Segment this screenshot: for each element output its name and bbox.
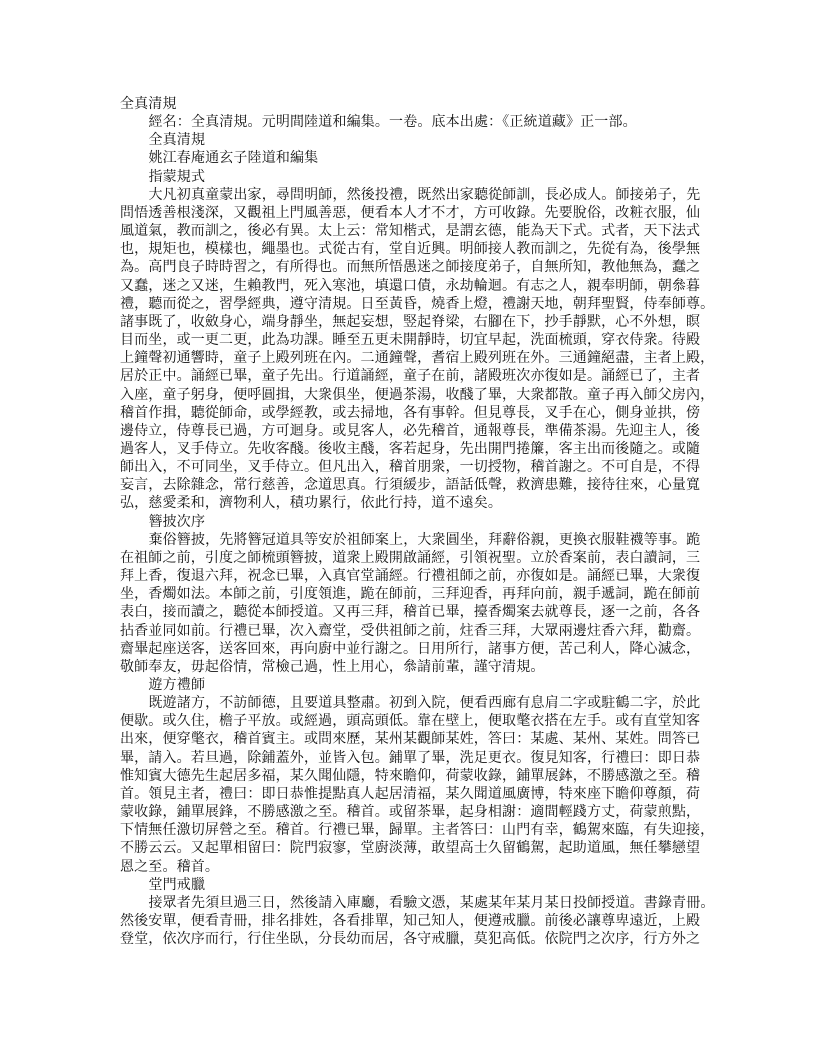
document-meta: 經名：全真清規。元明間陸道和編集。一卷。底本出處：《正統道藏》正一部。: [120, 113, 710, 131]
text-line: 禮，聽而從之，習學經典，遵守清規。日至黃昏，燒香上燈，禮謝天地，朝拜聖賢，侍奉師…: [120, 295, 710, 313]
document-page: 全真清規 經名：全真清規。元明間陸道和編集。一卷。底本出處：《正統道藏》正一部。…: [120, 95, 710, 948]
text-line: 棄俗簪披，先將簪冠道具等安於祖師案上，大衆圓坐，拜辭俗親，更換衣服鞋襪等事。跪: [120, 531, 710, 549]
text-line: 居於正中。誦經已畢，童子先出。行道誦經，童子在前，諸殿班次亦復如是。誦經已了，主…: [120, 367, 710, 385]
document-subtitle: 全真清規: [120, 131, 710, 149]
text-line: 接眾者先須旦過三日，然後請入庫廳，看驗文憑，某處某年某月某日投師授道。書錄青冊。: [120, 894, 710, 912]
text-line: 惟知賓大德先生起居多福，某久聞仙隱，特來瞻仰，荷蒙收錄，鋪單展鉢，不勝感激之至。…: [120, 767, 710, 785]
section-zhimeng: 指蒙規式 大凡初真童蒙出家，尋問明師，然後投禮，既然出家聽從師訓，長必成人。師接…: [120, 168, 710, 513]
section-tangmen: 堂門戒臘 接眾者先須旦過三日，然後請入庫廳，看驗文憑，某處某年某月某日投師授道。…: [120, 876, 710, 949]
section-heading: 簪披次序: [120, 513, 710, 531]
text-line: 坐，香燭如法。本師之前，引度領進，跪在師前，三拜迎香，再拜向前，親手遞詞，跪在師…: [120, 585, 710, 603]
text-line: 然後安單，便看青冊，排名排姓，各看排單，知己知人，便遵戒臘。前後必讓尊卑遠近，上…: [120, 912, 710, 930]
text-line: 恩之至。稽首。: [120, 858, 710, 876]
text-line: 不勝云云。又起單相留曰：院門寂寥，堂廚淡薄，敢望高士久留鶴駕，起助道風，無任攀戀…: [120, 839, 710, 857]
text-line: 邊侍立，侍尊長已過，方可迴身。或見客人，必先稽首，通報尊長，準備茶湯。先迎主人，…: [120, 422, 710, 440]
text-line: 弘，慈愛柔和，濟物利人，積功累行，依此行持，道不遠矣。: [120, 494, 710, 512]
text-line: 齋畢起座送客，送客回來，再向廚中並行謝之。日用所行，諸事方便，苦己利人，降心滅念…: [120, 640, 710, 658]
text-line: 風道氣，教而訓之，後必有異。太上云：常知楷式，是謂玄德，能為天下式。式者，天下法…: [120, 222, 710, 240]
text-line: 敬師奉友，毋起俗情，常檢己過，性上用心，叅請前輩，謹守清規。: [120, 658, 710, 676]
text-line: 蒙收錄，鋪單展鋒，不勝感激之至。稽首。或留茶畢，起身相謝：適間輕踐方丈，荷蒙煎點…: [120, 803, 710, 821]
text-line: 拜上香，復退六拜，祝念已畢，入真官堂誦經。行禮祖師之前，亦復如是。誦經已畢，大衆…: [120, 567, 710, 585]
section-heading: 遊方禮師: [120, 676, 710, 694]
section-zanpi: 簪披次序 棄俗簪披，先將簪冠道具等安於祖師案上，大衆圓坐，拜辭俗親，更換衣服鞋襪…: [120, 513, 710, 676]
text-line: 稽首作揖，聽從師命，或學經教，或去掃地，各有事幹。但見尊長，叉手在心，側身並拱，…: [120, 404, 710, 422]
text-line: 上鐘聲初通響時，童子上殿列班在內。二通鐘聲，耆宿上殿列班在外。三通鐘絕盡，主者上…: [120, 349, 710, 367]
text-line: 又蠢，迷之又迷，生賴教門，死入寒池，填還口債，永劫輪迴。有志之人，親奉明師，朝叅…: [120, 277, 710, 295]
text-line: 表白，接而讀之，聽從本師授道。又再三拜，稽首已畢，擡香燭案去就尊長，逐一之前，各…: [120, 603, 710, 621]
text-line: 首。領見主者，禮曰：即日恭惟提點真人起居清福，某久聞道風廣博，特來座下瞻仰尊顏，…: [120, 785, 710, 803]
text-line: 既遊諸方，不訪師德，且要道具整肅。初到入院，便看西廊有息肩二字或駐鶴二字，於此: [120, 694, 710, 712]
text-line: 目而坐，或一更二更，此為功課。睡至五更未開靜時，切宜早起，洗面梳頭，穿衣侍衆。待…: [120, 331, 710, 349]
text-line: 便歇。或久住，檐子平放。或經過，頭高頭低。靠在壁上，便取氅衣搭在左手。或有直堂知…: [120, 712, 710, 730]
text-line: 也，規矩也，模樣也，繩墨也。式從古有，堂自近興。明師接人教而訓之，先從有為，後學…: [120, 240, 710, 258]
text-line: 在祖師之前，引度之師梳頭簪披，道衆上殿開啟誦經，引領祝聖。立於香案前，表白讀詞，…: [120, 549, 710, 567]
text-line: 出來，便穿氅衣，稽首賓主。或問來歷，某州某觀師某姓，答曰：某處、某州、某姓。問答…: [120, 730, 710, 748]
document-author: 姚江春庵通玄子陸道和編集: [120, 149, 710, 167]
text-line: 諸事既了，收斂身心，端身靜坐，無起妄想，竪起脊梁，右腳在下，抄手靜默，心不外想，…: [120, 313, 710, 331]
text-line: 妄言，去除雜念，常行慈善，念道思真。行須緩步，語話低聲，救濟患難，接待往來，心量…: [120, 476, 710, 494]
text-line: 師出入，不可同坐，叉手侍立。但凡出入，稽首朋衆，一切授物，稽首謝之。不可自是，不…: [120, 458, 710, 476]
text-line: 登堂，依次序而行，行住坐臥，分長幼而居，各守戒臘，莫犯高低。依院門之次序，行方外…: [120, 930, 710, 948]
text-line: 拈香並同如前。行禮已畢，次入齋堂，受供祖師之前，炷香三拜，大眾兩邊炷香六拜，勸齋…: [120, 622, 710, 640]
text-line: 入座，童子躬身，便呼圓揖，大衆俱坐，便過茶湯，收醆了畢，大衆都散。童子再入師父房…: [120, 386, 710, 404]
section-heading: 堂門戒臘: [120, 876, 710, 894]
text-line: 問悟透善根淺深，又觀祖上門風善惡，便看本人才不才，方可收錄。先要脫俗，改粧衣服，…: [120, 204, 710, 222]
document-title: 全真清規: [120, 95, 710, 113]
section-heading: 指蒙規式: [120, 168, 710, 186]
text-line: 過客人，叉手侍立。先收客醆。後收主醆，客若起身，先出開門捲簾，客主出而後隨之。或…: [120, 440, 710, 458]
text-line: 畢，請入。若旦過，除鋪蓋外，並皆入包。鋪單了畢，洗足更衣。復見知客，行禮曰：即日…: [120, 749, 710, 767]
text-line: 下情無任激切屏營之至。稽首。行禮已畢，歸單。主者答曰：山門有幸，鶴駕來臨，有失迎…: [120, 821, 710, 839]
text-line: 為。高門良子時時習之，有所得也。而無所悟愚迷之師接度弟子，自無所知，教他無為，蠢…: [120, 258, 710, 276]
section-youfang: 遊方禮師 既遊諸方，不訪師德，且要道具整肅。初到入院，便看西廊有息肩二字或駐鶴二…: [120, 676, 710, 876]
text-line: 大凡初真童蒙出家，尋問明師，然後投禮，既然出家聽從師訓，長必成人。師接弟子，先: [120, 186, 710, 204]
